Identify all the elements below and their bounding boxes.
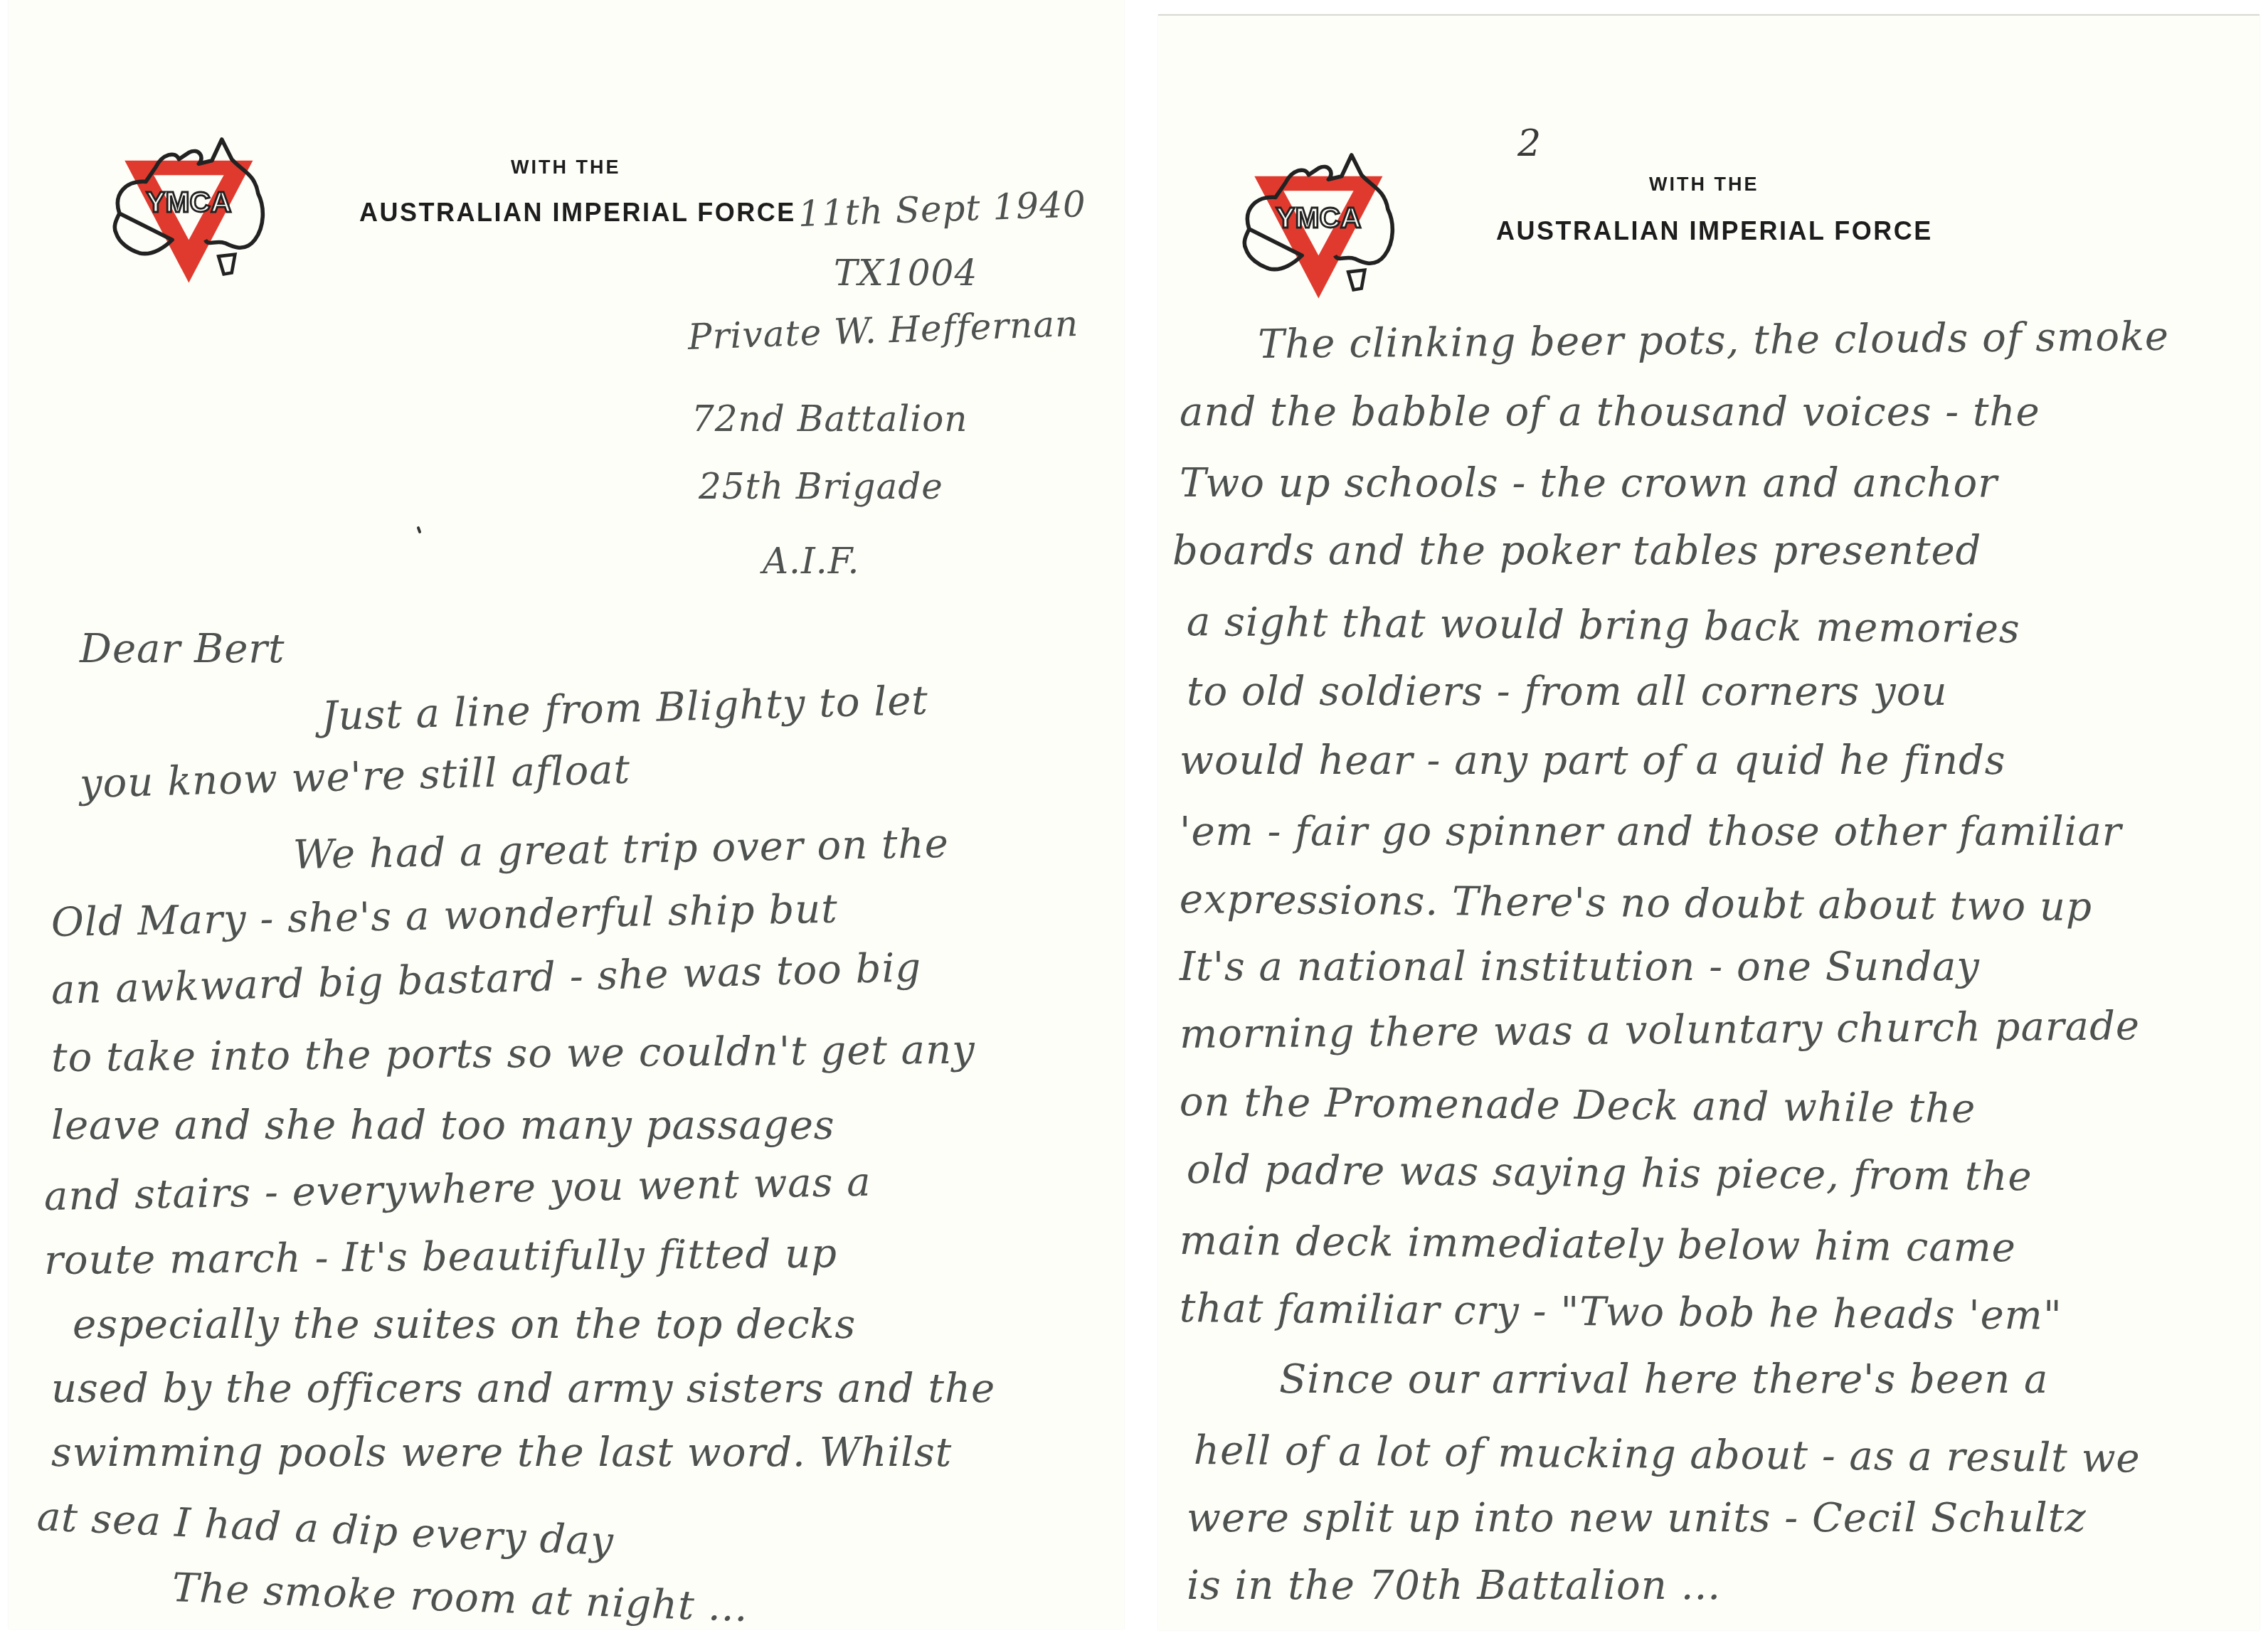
- ymca-triangle-map-icon: YMCA: [100, 128, 285, 299]
- body-line: The smoke room at night ...: [171, 1565, 749, 1631]
- body-line: leave and she had too many passages: [51, 1102, 835, 1149]
- sender-brigade: 25th Brigade: [699, 466, 943, 507]
- body-line: would hear - any part of a quid he finds: [1180, 738, 2006, 784]
- body-line: were split up into new units - Cecil Sch…: [1187, 1495, 2087, 1541]
- body-line: at sea I had a dip every day: [36, 1494, 615, 1565]
- ymca-australia-logo: YMCA: [100, 128, 285, 299]
- body-line: you know we're still afloat: [79, 747, 631, 807]
- body-line: expressions. There's no doubt about two …: [1180, 876, 2092, 930]
- body-line: The clinking beer pots, the clouds of sm…: [1258, 314, 2170, 368]
- body-line: and the babble of a thousand voices - th…: [1180, 389, 2040, 435]
- body-line: It's a national institution - one Sunday: [1180, 944, 1980, 990]
- body-line: to old soldiers - from all corners you: [1187, 669, 1948, 715]
- sender-unit: 72nd Battalion: [691, 398, 968, 440]
- body-line: especially the suites on the top decks: [73, 1302, 856, 1348]
- body-line: 'em - fair go spinner and those other fa…: [1180, 809, 2122, 855]
- letter-page-2: 2 YMCA WITH THE AUSTRALIAN IMPERIAL FORC…: [1158, 14, 2259, 1630]
- svg-text:YMCA: YMCA: [146, 186, 231, 218]
- body-line: Since our arrival here there's been a: [1279, 1356, 2048, 1403]
- salutation: Dear Bert: [80, 626, 285, 672]
- ymca-australia-logo: YMCA: [1229, 144, 1414, 314]
- body-line: hell of a lot of mucking about - as a re…: [1194, 1427, 2141, 1482]
- body-line: boards and the poker tables presented: [1172, 528, 1981, 574]
- letterhead-with-the: WITH THE: [511, 156, 620, 179]
- body-line: that familiar cry - "Two bob he heads 'e…: [1180, 1285, 2062, 1339]
- sender-force: A.I.F.: [763, 541, 859, 582]
- svg-text:YMCA: YMCA: [1276, 201, 1361, 234]
- ymca-triangle-map-icon: YMCA: [1229, 144, 1414, 314]
- body-line: morning there was a voluntary church par…: [1180, 1003, 2141, 1058]
- service-number: TX1004: [834, 252, 977, 294]
- body-line: swimming pools were the last word. Whils…: [51, 1430, 952, 1476]
- body-line: and stairs - everywhere you went was a: [43, 1159, 871, 1220]
- body-line: an awkward big bastard - she was too big: [51, 945, 922, 1014]
- letterhead-aif: AUSTRALIAN IMPERIAL FORCE: [1496, 216, 1933, 246]
- body-line: to take into the ports so we couldn't ge…: [51, 1027, 975, 1081]
- body-line: main deck immediately below him came: [1180, 1218, 2016, 1271]
- sender-name: Private W. Heffernan: [687, 303, 1079, 358]
- body-line: old padre was saying his piece, from the: [1187, 1147, 2033, 1200]
- letter-page-1: YMCA WITH THE AUSTRALIAN IMPERIAL FORCE …: [9, 0, 1124, 1629]
- body-line: Just a line from Blighty to let: [321, 678, 929, 740]
- body-line: We had a great trip over on the: [292, 821, 949, 878]
- letter-date: 11th Sept 1940: [797, 184, 1087, 235]
- body-line: used by the officers and army sisters an…: [51, 1366, 995, 1412]
- ink-speck: [416, 526, 421, 534]
- body-line: route march - It's beautifully fitted up: [44, 1230, 838, 1284]
- body-line: is in the 70th Battalion ...: [1187, 1563, 1721, 1609]
- body-line: Two up schools - the crown and anchor: [1180, 460, 1998, 506]
- page-number: 2: [1517, 122, 1541, 165]
- letterhead-with-the: WITH THE: [1649, 174, 1759, 196]
- body-line: Old Mary - she's a wonderful ship but: [51, 886, 838, 946]
- body-line: on the Promenade Deck and while the: [1180, 1079, 1976, 1132]
- letterhead-aif: AUSTRALIAN IMPERIAL FORCE: [359, 198, 796, 228]
- body-line: a sight that would bring back memories: [1187, 599, 2020, 652]
